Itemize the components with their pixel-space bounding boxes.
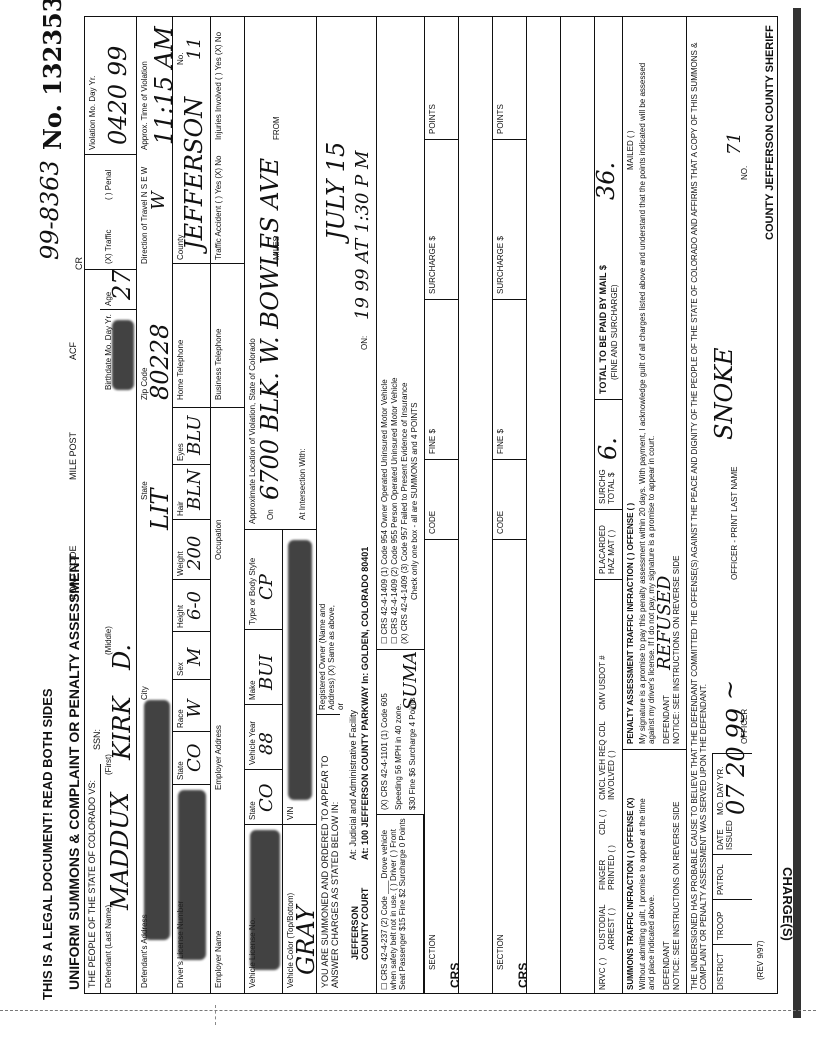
points-label-2: POINTS [496, 104, 505, 134]
court-name: JEFFERSON COUNTY COURT [350, 880, 370, 960]
date-issued-label: DATE ISSUED [716, 820, 734, 850]
race-value[interactable]: W [184, 699, 205, 718]
violation-time[interactable]: 11:15 AM [150, 26, 178, 145]
charge-insurance-3[interactable]: (X) CRS 42-4-1409 (3) Code 957 Failed to… [400, 383, 409, 644]
home-phone-label: Home Telephone [176, 340, 185, 400]
hair-value[interactable]: BLN [184, 469, 205, 510]
notice-2: NOTICE: SEE INSTRUCTIONS ON REVERSE SIDE [672, 556, 681, 744]
cdl-checkbox[interactable]: CDL ( ) [598, 805, 607, 835]
cmcl-checkbox[interactable]: CMCL VEH REQ CDL INVOLVED ( ) [598, 720, 616, 800]
officer-name[interactable]: SNOKE [710, 347, 738, 440]
ticket-number: No. 132353 [38, 0, 67, 150]
charge-speeding-box[interactable]: (X) CRS 42-4-1101 (1) Code 605 [380, 693, 389, 810]
code-label-2: CODE [496, 511, 505, 534]
occupation-label: Occupation [214, 520, 223, 560]
registered-owner[interactable]: Registered Owner (Name and Address) (X) … [318, 600, 345, 710]
vin-label: VIN [286, 807, 295, 820]
revision-label: (REV 9/97) [756, 940, 765, 980]
county-no[interactable]: 11 [184, 37, 205, 60]
direction-value[interactable]: W [148, 191, 169, 210]
nrvc-checkbox[interactable]: NRVC ( ) [598, 958, 607, 990]
penal-checkbox[interactable]: ( ) Penal [104, 170, 113, 200]
charges-heading: CHARGE(S) [780, 814, 795, 994]
code-label-1: CODE [428, 511, 437, 534]
defendant-last-name[interactable]: MADDUX [106, 792, 134, 910]
fingerprinted-checkbox[interactable]: FINGER PRINTED ( ) [598, 840, 616, 890]
from-label: FROM [272, 116, 281, 140]
violation-date[interactable]: 0420 99 [104, 46, 132, 145]
body-style[interactable]: CP [256, 574, 277, 600]
officer-label: OFFICER [740, 709, 749, 744]
redaction-birthdate [112, 320, 134, 390]
city-label: City [140, 686, 149, 700]
surcharge-label-1: SURCHARGE $ [428, 236, 437, 294]
page-cut-tick [215, 1005, 216, 1025]
court-address-1: At: Judicial and Administrative Facility [348, 710, 358, 860]
section-label-2: SECTION [496, 934, 505, 970]
redaction-vin [288, 540, 312, 800]
speeding-note: SUMA [400, 651, 421, 710]
accident-field[interactable]: Traffic Accident ( ) Yes (X) No [214, 156, 223, 260]
weight-value[interactable]: 200 [184, 536, 205, 570]
miles-label: MILES [272, 236, 281, 260]
vehicle-year[interactable]: 88 [256, 732, 277, 755]
height-value[interactable]: 6-0 [184, 591, 205, 620]
hazmat-checkbox[interactable]: PLACARDED HAZ MAT ( ) [598, 514, 616, 574]
usdot-label: CMV USDOT # [598, 655, 607, 710]
surcharge-total-value[interactable]: 6. [594, 437, 622, 460]
violation-date-label: Violation Mo. Day Yr. [88, 76, 97, 150]
officer-no-label: NO. [740, 166, 749, 180]
charge-speeding-line: Speeding 56 MPH in 40 zone. [394, 704, 403, 810]
time-label: Approx. Time of Violation [140, 61, 149, 150]
surcharge-label-2: SURCHARGE $ [496, 236, 505, 294]
traffic-checkbox[interactable]: (X) Traffic [104, 229, 113, 264]
margin-note-wrap: THIS IS A LEGAL DOCUMENT! READ BOTH SIDE… [40, 600, 56, 1000]
location-value[interactable]: 6700 BLK. W. BOWLES AVE [256, 158, 284, 500]
age-value[interactable]: 27 [108, 269, 136, 300]
officer-no[interactable]: 71 [724, 132, 745, 155]
case-number: 99-8363 [36, 160, 64, 260]
license-state[interactable]: CO [184, 743, 205, 772]
employer-label: Employer Name [214, 931, 223, 988]
vehicle-state[interactable]: CO [256, 783, 277, 812]
injuries-field[interactable]: Injuries Involved ( ) Yes (X) No [214, 32, 223, 140]
fine-label-2: FINE $ [496, 429, 505, 454]
officer-print-label: OFFICER - PRINT LAST NAME [730, 467, 739, 581]
employer-address-label: Employer Address [214, 725, 223, 790]
probable-cause-statement: THE UNDERSIGNED HAS PROBABLE CAUSE TO BE… [690, 30, 708, 990]
redaction-plate [250, 830, 280, 970]
section-label-1: SECTION [428, 934, 437, 970]
charge-seatbelt[interactable]: ☐ CRS 42-4-237 (2) Code ___ Drove vehicl… [380, 815, 407, 990]
redaction-address [144, 700, 170, 940]
appearance-date[interactable]: JULY 15 [322, 142, 350, 240]
appearance-time[interactable]: 19 99 AT 1:30 P M [352, 151, 373, 320]
people-line: THE PEOPLE OF THE STATE OF COLORADO VS: [87, 780, 97, 988]
custodial-checkbox[interactable]: CUSTODIAL ARREST ( ) [598, 900, 616, 950]
total-value[interactable]: 36. [592, 162, 620, 200]
defendant-middle[interactable]: D. [108, 644, 136, 670]
form-title: UNIFORM SUMMONS & COMPLAINT OR PENALTY A… [66, 554, 82, 990]
summons-promise: Without admitting guilt, I promise to ap… [638, 790, 656, 990]
mailed-checkbox[interactable]: MAILED ( ) [626, 130, 635, 170]
points-label-1: POINTS [428, 104, 437, 134]
summons-ordered-text: YOU ARE SUMMONED AND ORDERED TO APPEAR T… [320, 718, 340, 988]
last-name-label: Defendant (Last Name) [104, 905, 113, 988]
officer-signature[interactable]: ~ [716, 680, 744, 700]
patrol-label: PATROL [716, 864, 725, 895]
margin-note: THIS IS A LEGAL DOCUMENT! READ BOTH SIDE… [40, 688, 55, 1000]
surcharge-total-label: SURCHG TOTAL $ [598, 454, 616, 504]
defendant-signature-label-1: DEFENDANT [662, 941, 671, 990]
mile-post-label: MILE POST [68, 432, 78, 480]
county-value[interactable]: JEFFERSON [180, 97, 208, 250]
road-code-label: ROAD CODE [68, 545, 78, 600]
acf-label: ACF [68, 342, 78, 360]
ssn-label: SSN: [92, 729, 102, 750]
summons-type[interactable]: SUMMONS TRAFFIC INFRACTION ( ) OFFENSE (… [626, 798, 635, 990]
charge-insurance-2[interactable]: ☐ CRS 42-4-1409 (2) Code 955 Person Oper… [390, 378, 399, 644]
make-value[interactable]: BUI [256, 654, 277, 690]
eyes-value[interactable]: BLU [184, 416, 205, 455]
state-value[interactable]: LIT [146, 489, 174, 530]
defendant-first-name[interactable]: KIRK [108, 697, 136, 760]
business-phone-label: Business Telephone [214, 329, 223, 400]
appear-on-label: ON: [360, 336, 369, 350]
page-cut-line [0, 1010, 816, 1011]
zip-value[interactable]: 80228 [146, 324, 174, 400]
charge-insurance-1[interactable]: ☐ CRS 42-4-1409 (1) Code 954 Owner Opera… [380, 379, 389, 644]
citation-form: UNIFORM SUMMONS & COMPLAINT OR PENALTY A… [60, 10, 780, 1000]
defendant-signature-label-2: DEFENDANT [662, 695, 671, 744]
district-label: DISTRICT [716, 953, 725, 990]
on-label: On [266, 509, 275, 520]
cr-label: CR [74, 257, 84, 270]
troop-label: TROOP [716, 912, 725, 940]
fine-label-1: FINE $ [428, 429, 437, 454]
direction-label: Direction of Travel N S E W [140, 167, 149, 264]
penalty-type[interactable]: PENALTY ASSESSMENT TRAFFIC INFRACTION ( … [626, 503, 635, 744]
redaction-license [178, 790, 206, 960]
charge-speeding-fine: $30 Fine $6 Surcharge 4 Points [408, 697, 417, 810]
notice-1: NOTICE: SEE INSTRUCTIONS ON REVERSE SIDE [672, 802, 681, 990]
total-label: TOTAL TO BE PAID BY MAIL $ [598, 265, 608, 394]
charge-insurance-note: Check only one box - all are SUMMONS and… [410, 403, 419, 600]
total-sub-label: (FINE AND SURCHARGE) [610, 284, 619, 380]
court-address-2: At: 100 JEFFERSON COUNTY PARKWAY In: GOL… [360, 547, 370, 860]
sex-value[interactable]: M [184, 648, 205, 666]
intersection-label: At Intersection With: [298, 448, 307, 520]
